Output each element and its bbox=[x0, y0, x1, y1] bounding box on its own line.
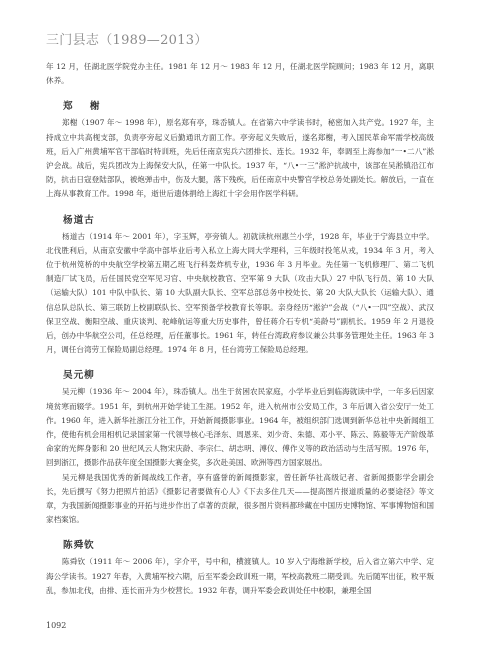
page-number: 1092 bbox=[46, 621, 66, 630]
bio-paragraph: 吴元柳（1936 年～ 2004 年），珠岙镇人。出生于贫困农民家庭，小学毕业后… bbox=[46, 385, 434, 470]
bio-title-wu-yuanliu: 吴元柳 bbox=[63, 367, 434, 381]
bio-title-yang-daogu: 杨道古 bbox=[63, 212, 434, 226]
bio-paragraph: 陈舜钦（1911 年～ 2006 年），字介平，号中和，横渡镇人。10 岁入宁海… bbox=[46, 555, 434, 598]
document-body: 年 12 月，任湖北医学院党办主任。1981 年 12 月～ 1983 年 12… bbox=[46, 60, 434, 598]
bio-paragraph: 杨道古（1914 年～ 2001 年），字玉辉，亭旁镇人。初就读杭州惠兰小学，1… bbox=[46, 230, 434, 358]
bio-title-zheng-xie: 郑 榭 bbox=[63, 98, 434, 112]
bio-title-chen-shunqin: 陈舜钦 bbox=[63, 537, 434, 551]
page-header-title: 三门县志（1989—2013） bbox=[46, 29, 208, 48]
intro-paragraph: 年 12 月，任湖北医学院党办主任。1981 年 12 月～ 1983 年 12… bbox=[46, 60, 434, 88]
bio-paragraph: 郑榭（1907 年～ 1998 年），原名郑有亭，珠岙镇人。在省第六中学读书时，… bbox=[46, 116, 434, 201]
bio-paragraph: 吴元柳是我国优秀的新闻战线工作者，享有盛誉的新闻摄影家，曾任新华社高级记者、省新… bbox=[46, 471, 434, 528]
